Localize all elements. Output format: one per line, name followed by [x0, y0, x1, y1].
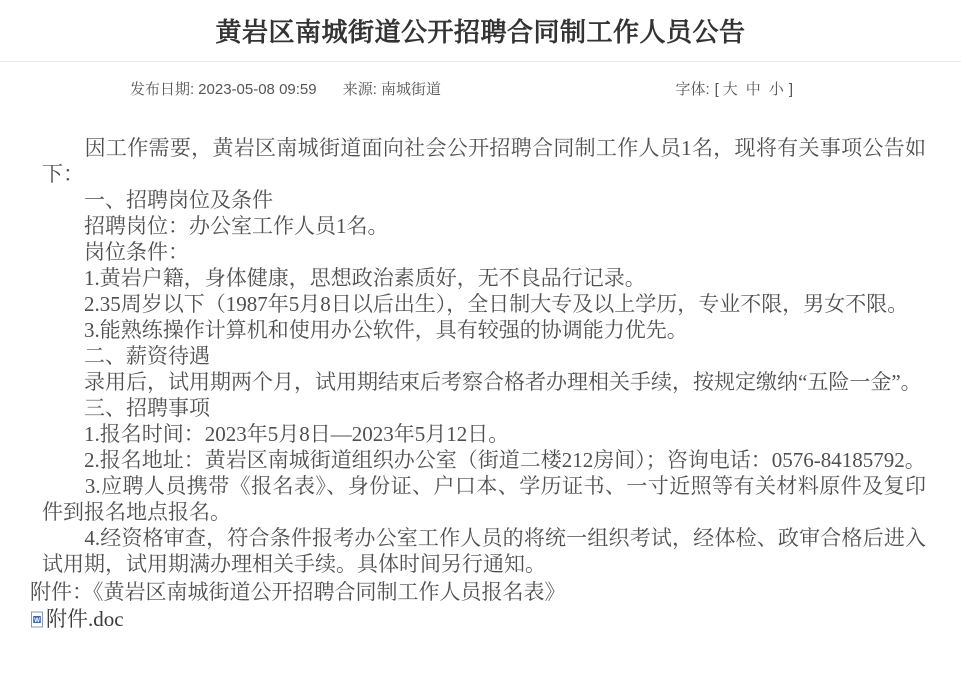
attachment-title-row: 附件：《黄岩区南城街道公开招聘合同制工作人员报名表》	[30, 580, 926, 605]
article-paragraph: 3.应聘人员携带《报名表》、身份证、户口本、学历证书、一寸近照等有关材料原件及复…	[42, 473, 926, 525]
attachment-label: 附件：	[30, 580, 93, 604]
article-paragraph: 招聘岗位：办公室工作人员1名。	[42, 213, 926, 239]
font-size-large-button[interactable]: 大	[723, 81, 738, 98]
font-size-control: 字体:[大中小]	[675, 78, 793, 99]
article-paragraph: 1.黄岩户籍，身体健康，思想政治素质好，无不良品行记录。	[42, 265, 926, 291]
article-paragraph: 因工作需要，黄岩区南城街道面向社会公开招聘合同制工作人员1名，现将有关事项公告如…	[42, 135, 926, 187]
source-value: 南城街道	[381, 81, 441, 98]
article-body: 因工作需要，黄岩区南城街道面向社会公开招聘合同制工作人员1名，现将有关事项公告如…	[0, 135, 961, 577]
article-paragraph: 4.经资格审查，符合条件报考办公室工作人员的将统一组织考试，经体检、政审合格后进…	[42, 525, 926, 577]
font-bracket-open: [	[715, 81, 719, 98]
article-paragraph: 2.报名地址：黄岩区南城街道组织办公室（街道二楼212房间）；咨询电话：0576…	[42, 447, 926, 473]
font-size-small-button[interactable]: 小	[769, 81, 784, 98]
page-header: 黄岩区南城街道公开招聘合同制工作人员公告	[0, 0, 961, 62]
article-paragraph: 一、招聘岗位及条件	[42, 187, 926, 213]
article-paragraph: 三、招聘事项	[42, 395, 926, 421]
article-paragraph: 2.35周岁以下（1987年5月8日以后出生），全日制大专及以上学历，专业不限，…	[42, 291, 926, 317]
page-title: 黄岩区南城街道公开招聘合同制工作人员公告	[0, 15, 961, 49]
attachment-title: 《黄岩区南城街道公开招聘合同制工作人员报名表》	[93, 580, 566, 604]
article-paragraph: 3.能熟练操作计算机和使用办公软件，具有较强的协调能力优先。	[42, 317, 926, 343]
article-paragraph: 1.报名时间：2023年5月8日—2023年5月12日。	[42, 421, 926, 447]
announcement-page: 黄岩区南城街道公开招聘合同制工作人员公告 发布日期:2023-05-08 09:…	[0, 0, 961, 682]
source: 来源:南城街道	[343, 81, 441, 98]
attachment-link[interactable]: 附件.doc	[46, 607, 124, 632]
attachment-file-row: W 附件.doc	[30, 607, 926, 632]
source-label: 来源:	[343, 81, 377, 98]
attachment-section: 附件：《黄岩区南城街道公开招聘合同制工作人员报名表》 W 附件.doc	[0, 580, 961, 632]
article-paragraph: 岗位条件：	[42, 239, 926, 265]
publish-date-label: 发布日期:	[130, 81, 194, 98]
meta-left: 发布日期:2023-05-08 09:59 来源:南城街道	[130, 78, 463, 99]
font-size-label: 字体:	[675, 81, 709, 98]
meta-bar: 发布日期:2023-05-08 09:59 来源:南城街道 字体:[大中小]	[0, 62, 961, 99]
article-paragraph: 录用后，试用期两个月，试用期结束后考察合格者办理相关手续，按规定缴纳“五险一金”…	[42, 369, 926, 395]
article-paragraph: 二、薪资待遇	[42, 343, 926, 369]
publish-date: 发布日期:2023-05-08 09:59	[130, 81, 317, 98]
publish-date-value: 2023-05-08 09:59	[198, 81, 316, 98]
word-doc-icon: W	[30, 611, 44, 628]
svg-text:W: W	[34, 617, 40, 624]
font-bracket-close: ]	[789, 81, 793, 98]
font-size-medium-button[interactable]: 中	[746, 81, 761, 98]
